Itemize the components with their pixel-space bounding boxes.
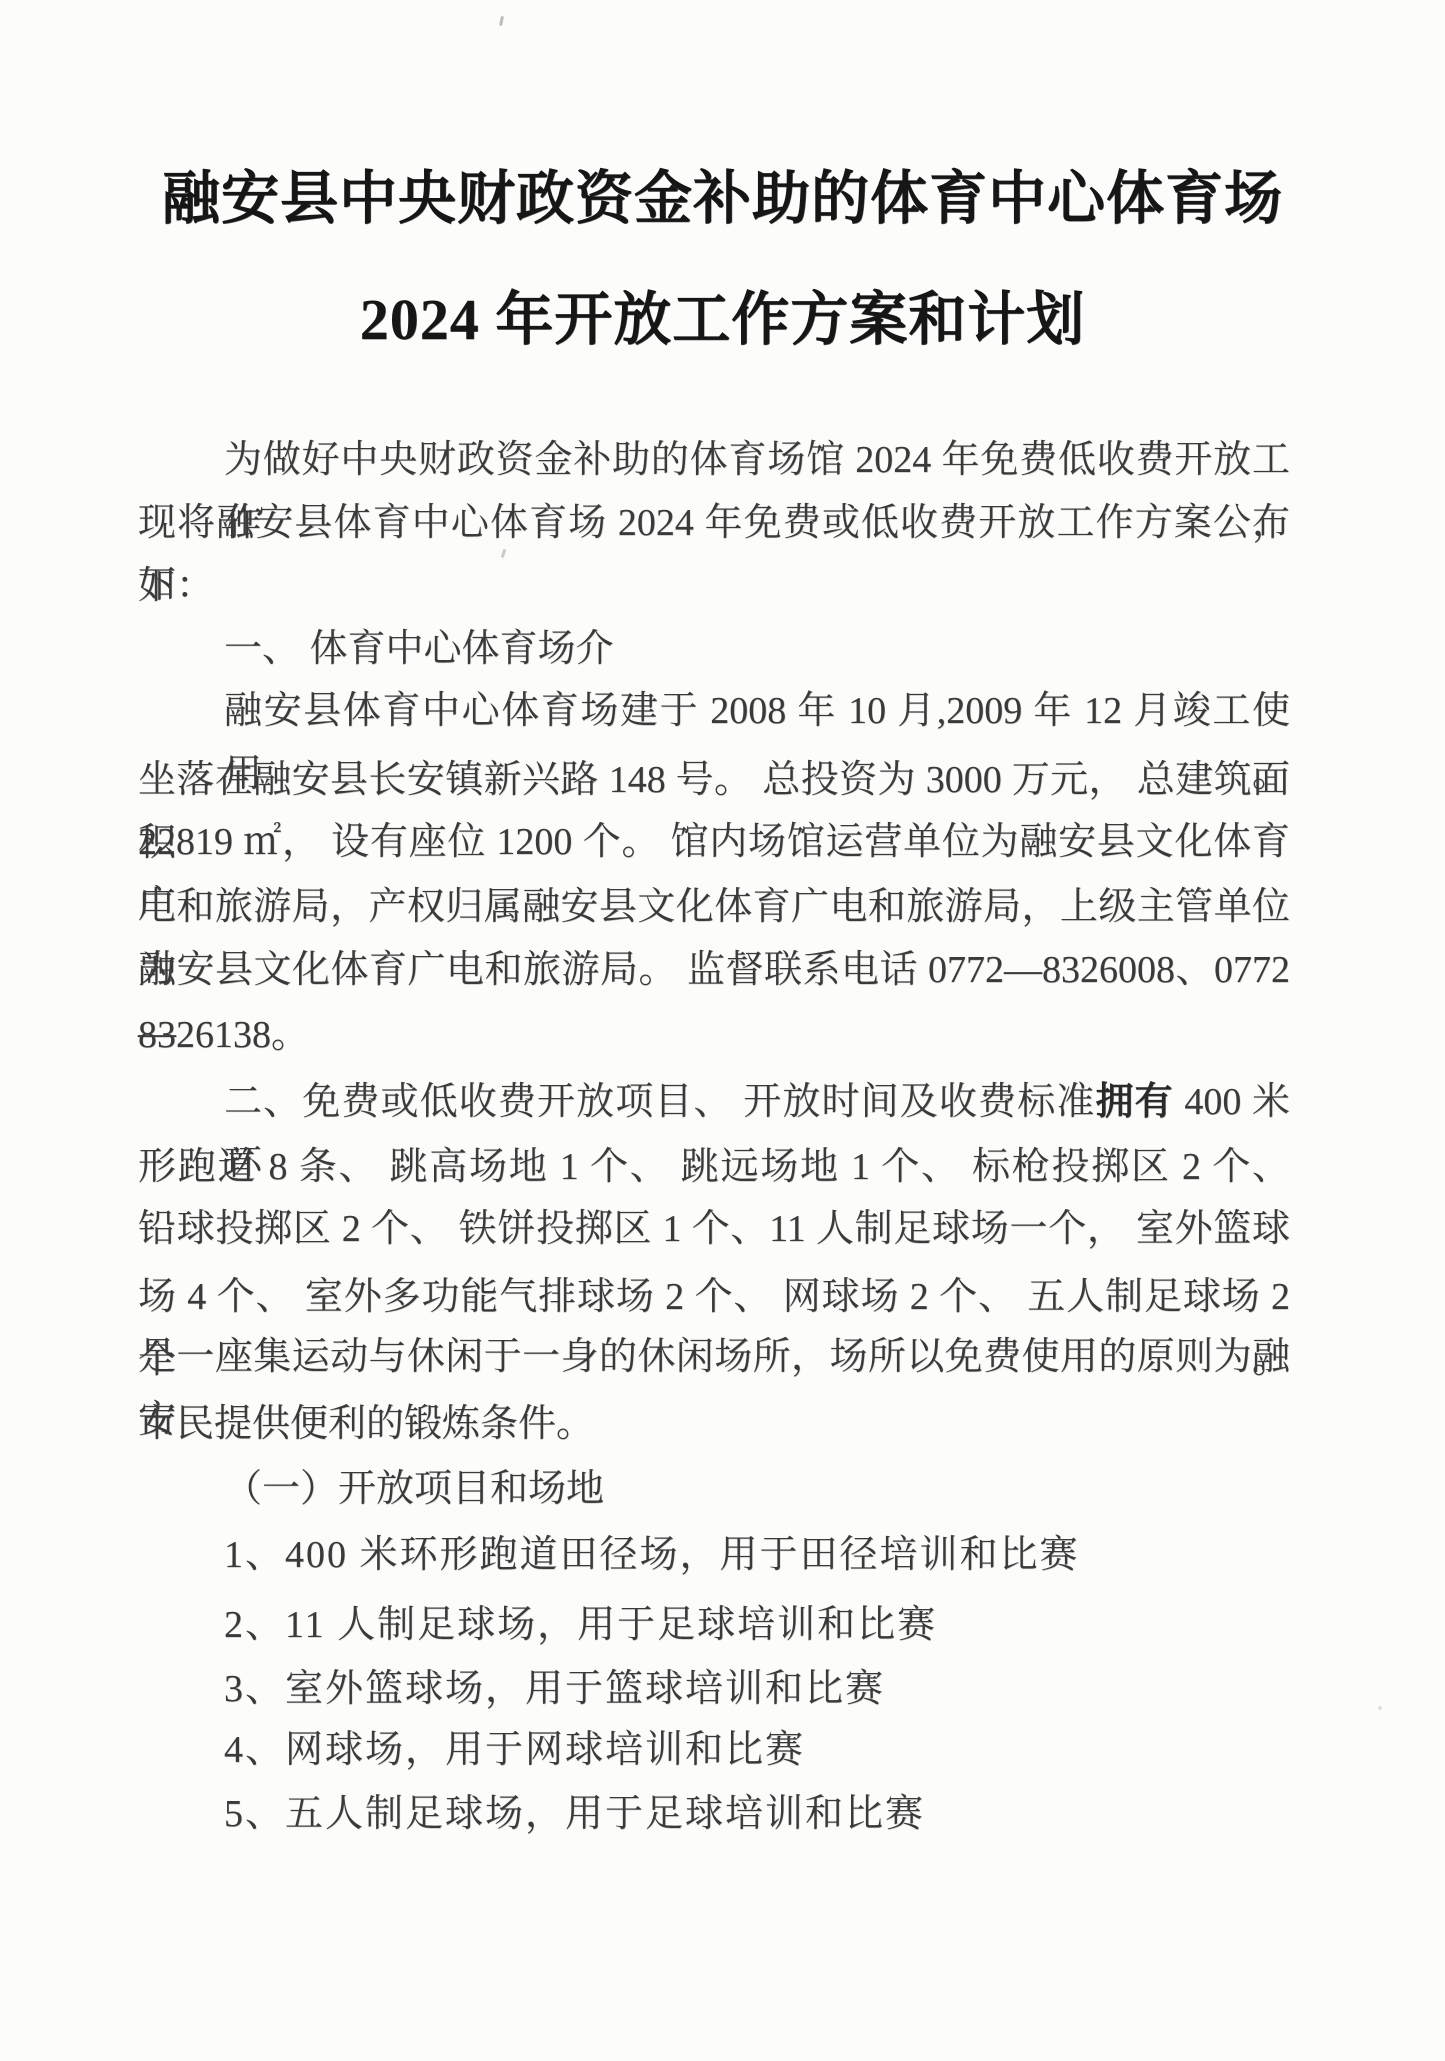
- section-1-body-line: 8326138。: [138, 1004, 1290, 1067]
- document-title-line-2: 2024 年开放工作方案和计划: [0, 283, 1445, 357]
- list-item-4: 4、网球场，用于网球培训和比赛: [138, 1719, 1290, 1782]
- subsection-1-heading: （一）开放项目和场地: [138, 1458, 1290, 1521]
- list-item-3: 3、室外篮球场，用于篮球培训和比赛: [138, 1658, 1290, 1721]
- section-2-heading-bold-text: 拥有: [1095, 1081, 1173, 1123]
- intro-line-1: 为做好中央财政资金补助的体育场馆 2024 年免费低收费开放工作，: [138, 429, 1290, 492]
- list-item-1: 1、400 米环形跑道田径场，用于田径培训和比赛: [138, 1524, 1290, 1587]
- section-2-body-line: 铅球投掷区 2 个、 铁饼投掷区 1 个、11 人制足球场一个， 室外篮球: [138, 1198, 1290, 1261]
- document-title-line-1: 融安县中央财政资金补助的体育中心体育场: [0, 162, 1445, 236]
- intro-line-2: 现将融安县体育中心体育场 2024 年免费或低收费开放工作方案公布如: [138, 492, 1290, 555]
- section-2-heading-text: 二、免费或低收费开放项目、 开放时间及收费标准: [224, 1081, 1095, 1123]
- scanned-document-page: 融安县中央财政资金补助的体育中心体育场 2024 年开放工作方案和计划 为做好中…: [0, 0, 1445, 2061]
- section-1-body-line: 22819 ㎡， 设有座位 1200 个。 馆内场馆运营单位为融安县文化体育广: [138, 811, 1290, 874]
- section-2-body-line: 形跑道 8 条、 跳高场地 1 个、 跳远场地 1 个、 标枪投掷区 2 个、: [138, 1136, 1290, 1199]
- section-1-body-line: 融安县文化体育广电和旅游局。 监督联系电话 0772—8326008、0772—: [138, 939, 1290, 1002]
- section-1-heading: 一、 体育中心体育场介: [138, 618, 1290, 681]
- section-1-body-line: 坐落在融安县长安镇新兴路 148 号。 总投资为 3000 万元， 总建筑面积: [138, 749, 1290, 812]
- scan-speck: [1378, 1706, 1382, 1710]
- list-item-5: 5、五人制足球场，用于足球培训和比赛: [138, 1783, 1290, 1846]
- list-item-2: 2、11 人制足球场，用于足球培训和比赛: [138, 1594, 1290, 1657]
- section-1-body-line: 融安县体育中心体育场建于 2008 年 10 月,2009 年 12 月竣工使用…: [138, 680, 1290, 743]
- section-2-body-line: 场 4 个、 室外多功能气排球场 2 个、 网球场 2 个、 五人制足球场 2 …: [138, 1266, 1290, 1329]
- section-1-body-line: 电和旅游局，产权归属融安县文化体育广电和旅游局，上级主管单位为: [138, 876, 1290, 939]
- section-2-body-line: 是一座集运动与休闲于一身的休闲场所，场所以免费使用的原则为融安: [138, 1326, 1290, 1389]
- section-2-heading-line: 二、免费或低收费开放项目、 开放时间及收费标准拥有 400 米环: [138, 1071, 1290, 1134]
- scan-speck: [499, 16, 504, 26]
- section-2-body-line: 市民提供便利的锻炼条件。: [138, 1393, 1290, 1456]
- intro-line-3: 下：: [138, 555, 1290, 618]
